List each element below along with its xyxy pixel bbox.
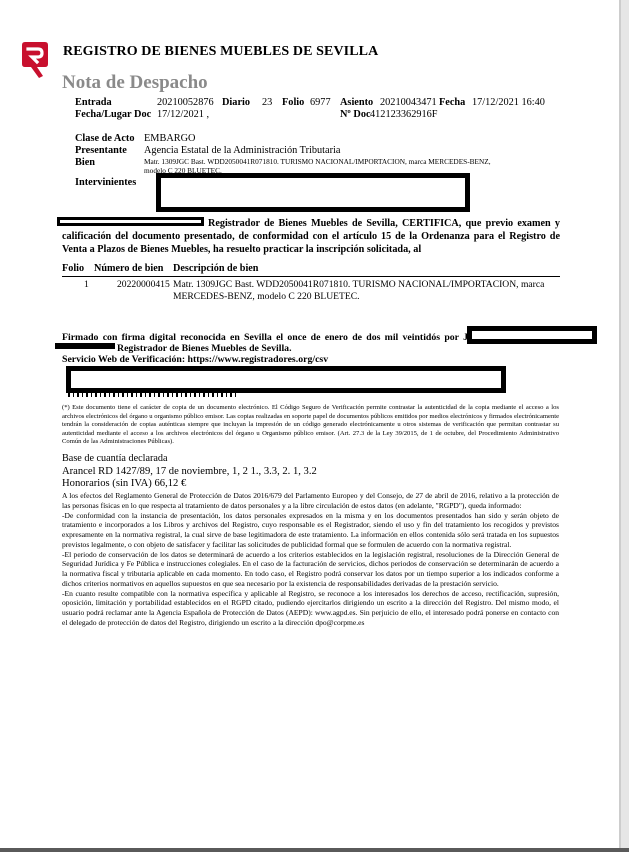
csv-barcode — [68, 393, 236, 397]
document-title: Nota de Despacho — [62, 72, 208, 94]
presentante-value: Agencia Estatal de la Administración Tri… — [144, 145, 340, 156]
row-numero: 20220000415 — [117, 279, 170, 291]
diario-label: Diario — [222, 97, 250, 108]
fecha-lugar-value: 17/12/2021 , — [157, 109, 209, 120]
row-descripcion: Matr. 1309JGC Bast. WDD2050041R071810. T… — [173, 279, 558, 302]
bien-label: Bien — [75, 157, 95, 168]
entrada-value: 20210052876 — [157, 97, 214, 108]
redaction-box — [66, 366, 506, 393]
clase-acto-value: EMBARGO — [144, 133, 196, 144]
folio-value: 6977 — [310, 97, 331, 108]
redaction-box — [467, 326, 597, 344]
fees-section: Base de cuantía declarada Arancel RD 142… — [62, 453, 317, 491]
redaction-box — [156, 173, 470, 212]
row-folio: 1 — [84, 279, 89, 291]
column-numero: Número de bien — [94, 263, 163, 274]
goods-table-header: Folio Número de bien Descripción de bien — [62, 263, 560, 277]
fees-honorarios: Honorarios (sin IVA) 66,12 € — [62, 478, 317, 491]
column-descripcion: Descripción de bien — [173, 263, 258, 274]
fecha-label: Fecha — [439, 97, 465, 108]
data-protection-notice: A los efectos del Reglamento General de … — [62, 491, 559, 628]
viewer-bottom-bar — [0, 848, 629, 852]
diario-value: 23 — [262, 97, 272, 108]
registradores-r-logo-icon — [22, 42, 48, 78]
vertical-scrollbar[interactable] — [619, 0, 629, 848]
entrada-label: Entrada — [75, 97, 112, 108]
organization-name: REGISTRO DE BIENES MUEBLES DE SEVILLA — [63, 44, 378, 60]
legal-paragraph: -En cuanto resulte compatible con la nor… — [62, 589, 559, 628]
fecha-value: 17/12/2021 16:40 — [472, 97, 545, 108]
folio-label: Folio — [282, 97, 304, 108]
document-page: REGISTRO DE BIENES MUEBLES DE SEVILLA No… — [0, 0, 619, 848]
intervinientes-label: Intervinientes — [75, 177, 136, 188]
asiento-value: 20210043471 — [380, 97, 437, 108]
signature-line: Firmado con firma digital reconocida en … — [62, 332, 468, 343]
clase-acto-label: Clase de Acto — [75, 133, 134, 144]
ndoc-value: 412123362916F — [370, 109, 438, 120]
verification-url[interactable]: Servicio Web de Verificación: https://ww… — [62, 354, 328, 365]
presentante-label: Presentante — [75, 145, 127, 156]
legal-paragraph: -El periodo de conservación de los datos… — [62, 550, 559, 589]
copy-note: (*) Este documento tiene el carácter de … — [62, 404, 559, 447]
legal-paragraph: A los efectos del Reglamento General de … — [62, 491, 559, 511]
fecha-lugar-label: Fecha/Lugar Doc — [75, 109, 151, 120]
fees-arancel: Arancel RD 1427/89, 17 de noviembre, 1, … — [62, 466, 317, 479]
redaction-bar — [55, 343, 115, 349]
ndoc-label: Nº Doc — [340, 109, 371, 120]
asiento-label: Asiento — [340, 97, 373, 108]
fees-base: Base de cuantía declarada — [62, 453, 317, 466]
column-folio: Folio — [62, 263, 84, 274]
certification-text: Registrador de Bienes Muebles de Sevilla… — [62, 217, 560, 256]
signature-role: Registrador de Bienes Muebles de Sevilla… — [117, 343, 292, 354]
legal-paragraph: -De conformidad con la instancia de pres… — [62, 511, 559, 550]
